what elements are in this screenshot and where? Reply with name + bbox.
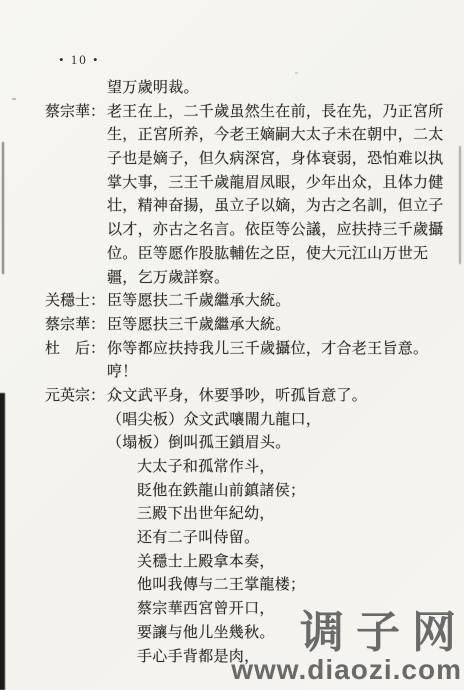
verse-line: 关穩士上殿拿本奏，	[45, 551, 458, 575]
verse-line: 他叫我傳与二王掌龍楼；	[45, 574, 458, 598]
watermark: 调子网 www.diaozi.com	[231, 611, 462, 684]
page-number: • 10 •	[59, 52, 458, 68]
dialogue-text: 臣等愿扶三千歲繼承大統。	[107, 317, 291, 333]
stage-direction-line: （塌板）倒叫孤王鎖眉头。	[45, 432, 458, 456]
verse-line: 还有二子叫侍留。	[45, 527, 458, 551]
dialogue-text: 众文武平身，休要爭吵，听孤旨意了。	[107, 388, 367, 404]
speaker-name: 元英宗：	[45, 385, 107, 409]
script-line: 子也是嫡子，但久病深宮，身体衰弱，恐怕难以执	[45, 148, 458, 172]
speaker-name: 关穩士：	[45, 290, 107, 314]
verse-line: 三殿下出世年紀幼，	[45, 503, 458, 527]
dialogue-text: 老王在上，二千歲虽然生在前，長在先，乃正宮所	[107, 104, 444, 120]
script-line: 生，正宮所养，今老王嫡嗣大太子未在朝中，二太	[45, 124, 458, 148]
speaker-name: 杜 后：	[45, 338, 107, 362]
speaker-name: 蔡宗華：	[45, 314, 107, 338]
script-line: 蔡宗華：老王在上，二千歲虽然生在前，長在先，乃正宮所	[45, 101, 458, 125]
dialogue-text: 你等都应扶持我儿三千歲攝位，才合老王旨意。	[107, 341, 428, 357]
script-line: 疆，乞万歲詳察。	[45, 267, 458, 291]
scan-artifact-left-line	[2, 142, 4, 274]
script-line: 杜 后：你等都应扶持我儿三千歲攝位，才合老王旨意。	[45, 338, 458, 362]
scan-artifact-speck	[295, 72, 298, 74]
script-line: 元英宗：众文武平身，休要爭吵，听孤旨意了。	[45, 385, 458, 409]
script-line: 哼！	[45, 361, 458, 385]
dialogue-text: 臣等愿扶二千歲繼承大統。	[107, 293, 291, 309]
verse-line: 貶他在鉄龍山前鎮諸侯；	[45, 480, 458, 504]
stage-direction-line: （唱尖板）众文武嚷閙九龍口，	[45, 409, 458, 433]
carryover-line: 望万歲明裁。	[45, 77, 458, 101]
watermark-site-name: 调子网	[231, 611, 464, 655]
page-content: • 10 • 望万歲明裁。 蔡宗華：老王在上，二千歲虽然生在前，長在先，乃正宮所…	[45, 52, 458, 669]
verse-line: 大太子和孤常作斗，	[45, 456, 458, 480]
scan-artifact-left-bar	[0, 393, 5, 690]
script-line: 蔡宗華：臣等愿扶三千歲繼承大統。	[45, 314, 458, 338]
script-line: 关穩士：臣等愿扶二千歲繼承大統。	[45, 290, 458, 314]
script-line: 位。臣等愿作股肱輔佐之臣，使大元江山万世无	[45, 243, 458, 267]
script-line: 掌大事，三王千歲龍眉凤眼，少年出众，且体力健	[45, 172, 458, 196]
watermark-site-url: www.diaozi.com	[231, 655, 462, 684]
script-line: 壮，精神奋揚，虽立子以嫡，为古之名訓，但立子	[45, 195, 458, 219]
scan-artifact-right-line	[459, 146, 461, 264]
scanned-script-page: • 10 • 望万歲明裁。 蔡宗華：老王在上，二千歲虽然生在前，長在先，乃正宮所…	[0, 0, 464, 690]
speaker-name: 蔡宗華：	[45, 101, 107, 125]
script-line: 以才，亦古之名言。依臣等公議，应扶持三千歲攝	[45, 219, 458, 243]
scan-artifact-speck	[12, 98, 16, 100]
